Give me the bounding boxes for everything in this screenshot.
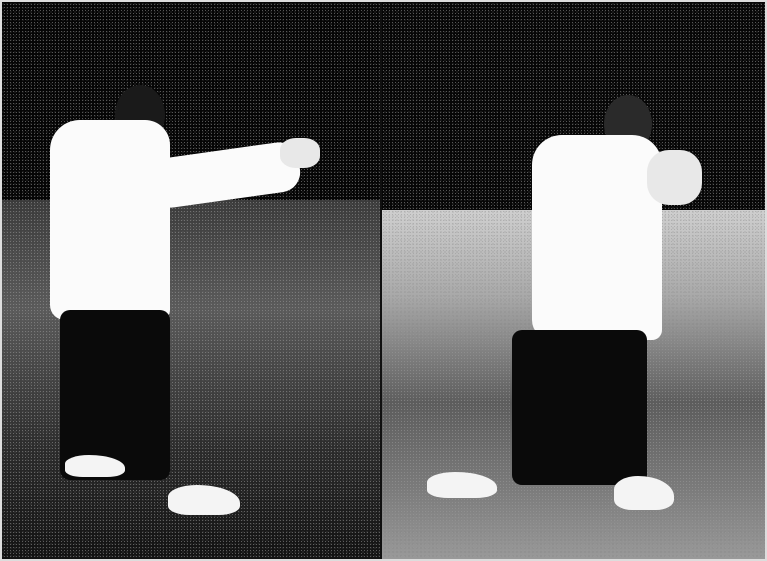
right-panel bbox=[382, 0, 767, 561]
left-panel bbox=[0, 0, 382, 561]
left-figure-jacket bbox=[50, 120, 170, 320]
photo bbox=[0, 0, 767, 561]
left-figure-hand bbox=[280, 138, 320, 168]
left-figure-pants bbox=[60, 310, 170, 480]
right-figure-pants bbox=[512, 330, 647, 485]
right-figure-jacket bbox=[532, 135, 662, 340]
right-figure-hands bbox=[647, 150, 702, 205]
